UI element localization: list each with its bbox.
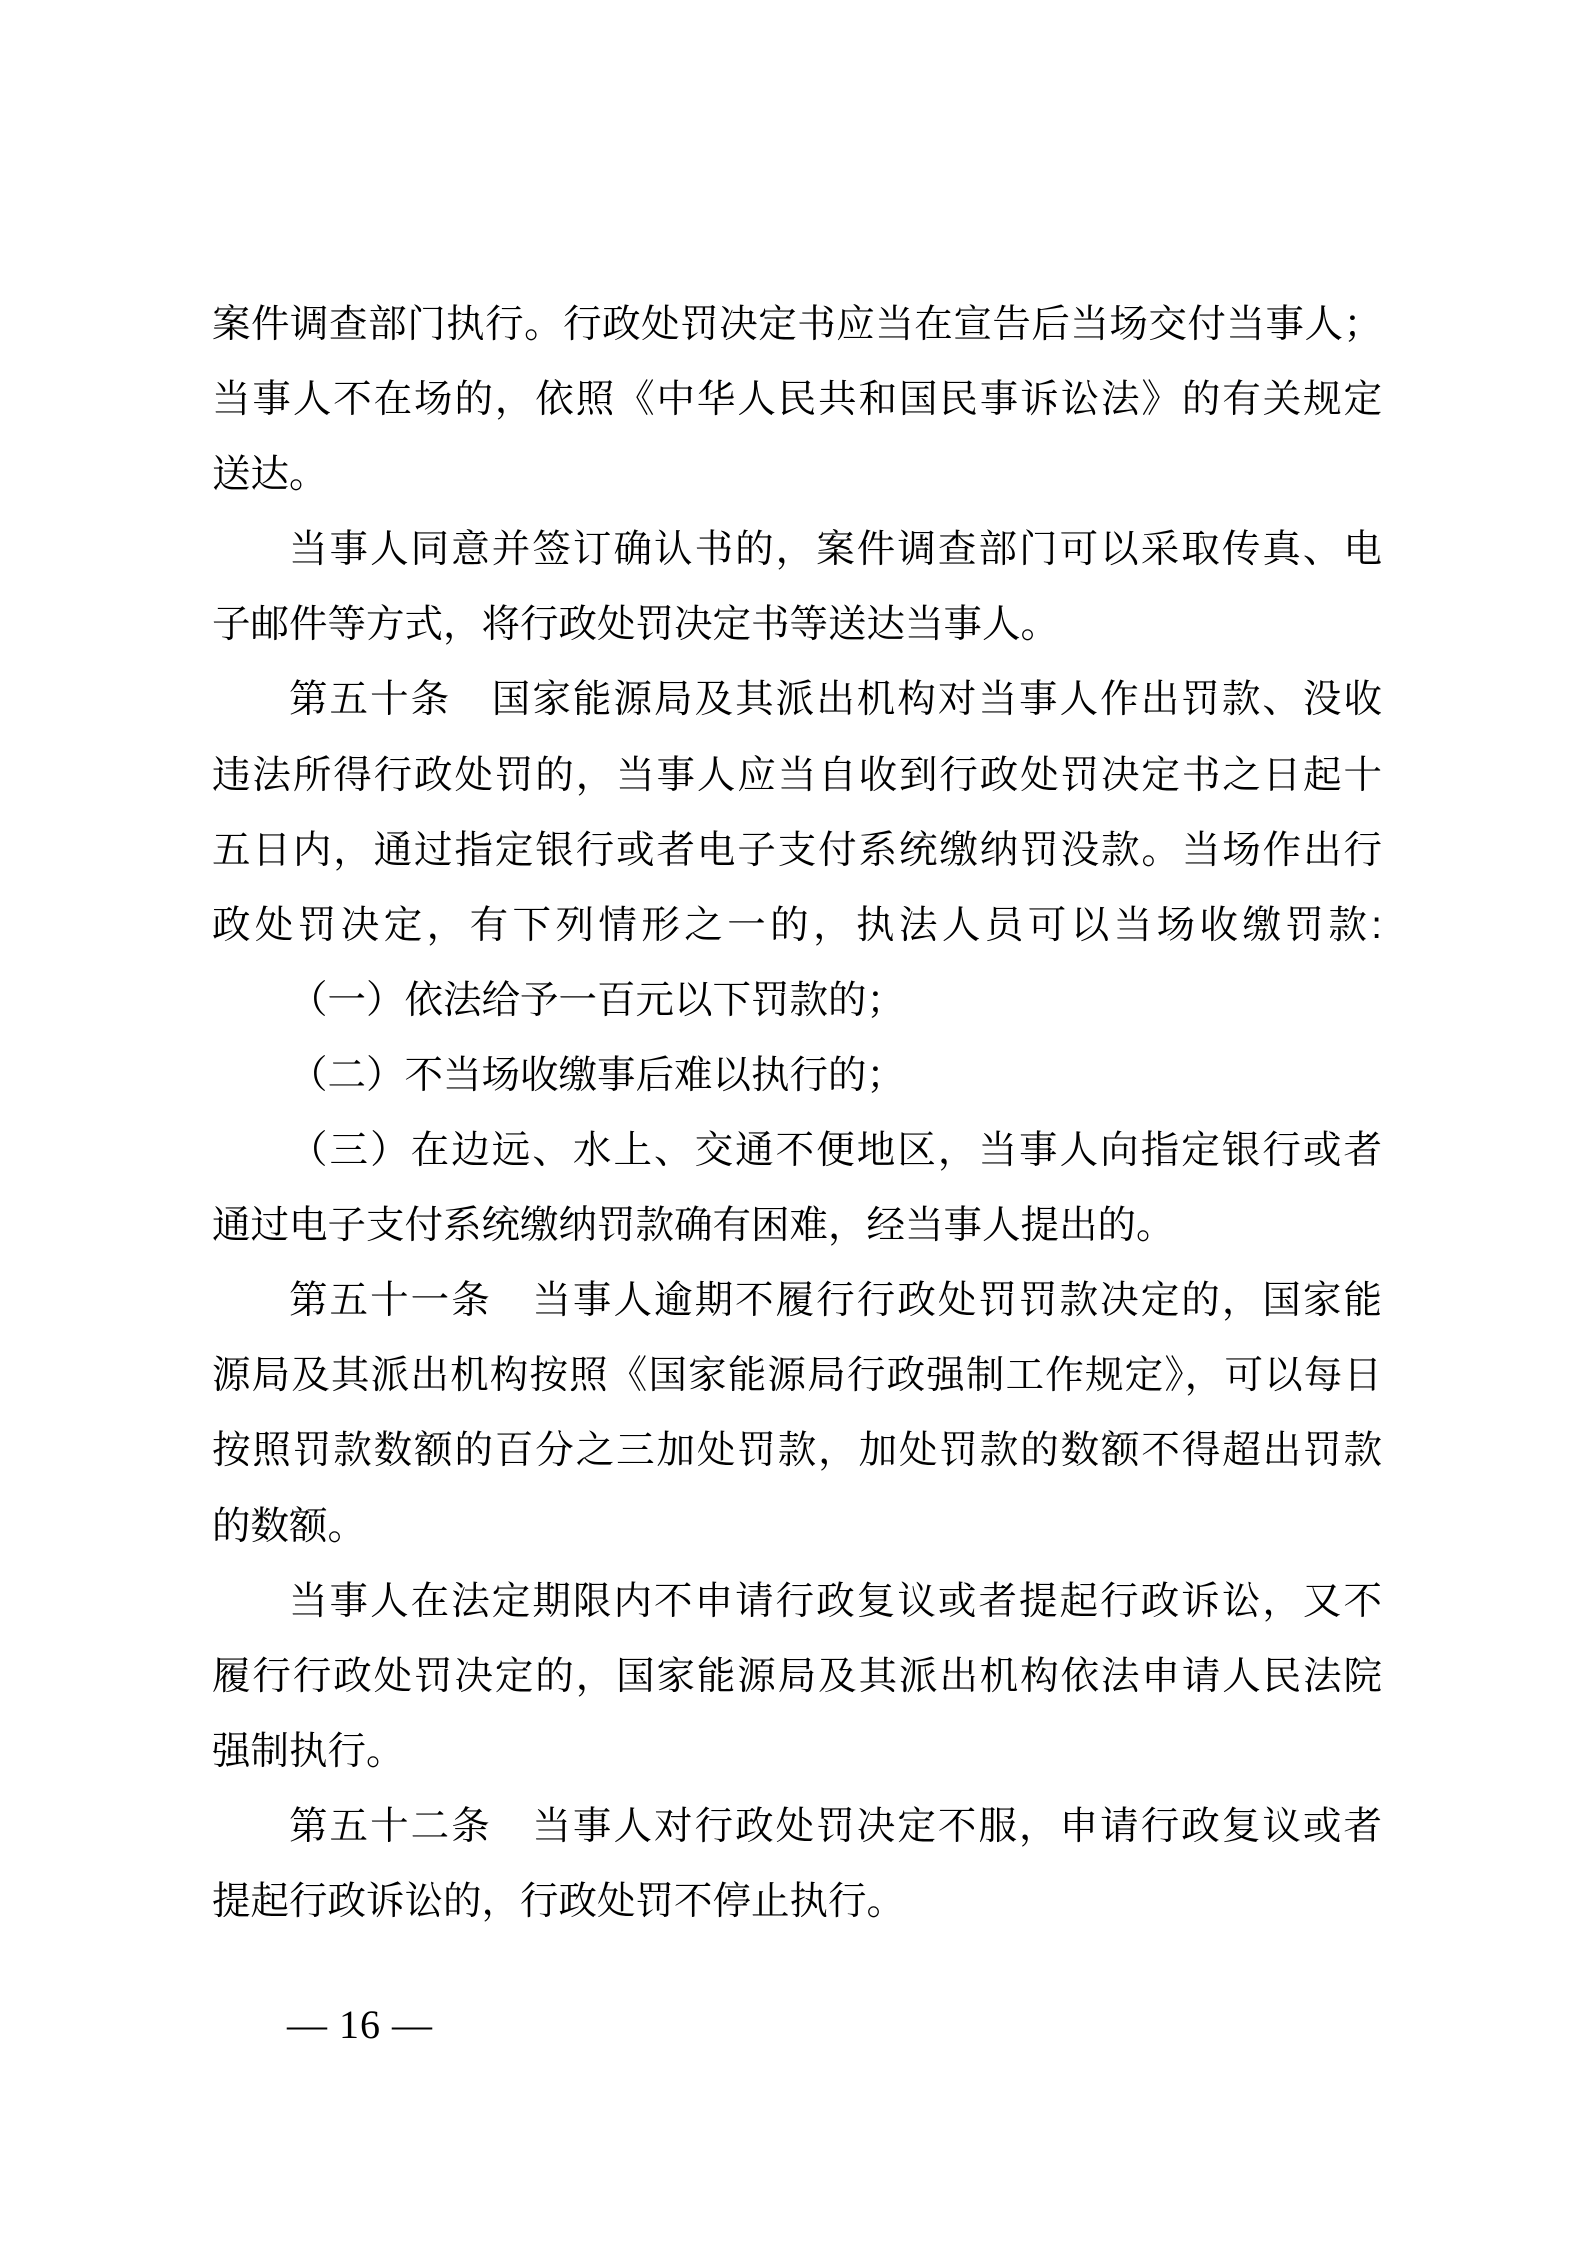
text-line: （二）不当场收缴事后难以执行的； <box>212 1038 1382 1113</box>
text-line: （一）依法给予一百元以下罚款的； <box>212 963 1382 1038</box>
document-page: 案件调查部门执行。行政处罚决定书应当在宣告后当场交付当事人； 当事人不在场的，依… <box>0 0 1587 2245</box>
page-number: — 16 — <box>287 2002 433 2048</box>
text-line: （三）在边远、水上、交通不便地区，当事人向指定银行或者 <box>212 1113 1382 1188</box>
text-line: 按照罚款数额的百分之三加处罚款，加处罚款的数额不得超出罚款 <box>212 1413 1382 1488</box>
text-line: 案件调查部门执行。行政处罚决定书应当在宣告后当场交付当事人； <box>212 287 1382 362</box>
text-line: 第五十二条 当事人对行政处罚决定不服，申请行政复议或者 <box>212 1789 1382 1864</box>
text-line: 第五十一条 当事人逾期不履行行政处罚罚款决定的，国家能 <box>212 1263 1382 1338</box>
text-line: 送达。 <box>212 437 1382 512</box>
text-line: 当事人不在场的，依照《中华人民共和国民事诉讼法》的有关规定 <box>212 362 1382 437</box>
text-line: 当事人在法定期限内不申请行政复议或者提起行政诉讼，又不 <box>212 1564 1382 1639</box>
text-line: 当事人同意并签订确认书的，案件调查部门可以采取传真、电 <box>212 512 1382 587</box>
text-line: 违法所得行政处罚的，当事人应当自收到行政处罚决定书之日起十 <box>212 738 1382 813</box>
text-line: 政处罚决定，有下列情形之一的，执法人员可以当场收缴罚款: <box>212 888 1382 963</box>
text-line: 五日内，通过指定银行或者电子支付系统缴纳罚没款。当场作出行 <box>212 813 1382 888</box>
text-line: 第五十条 国家能源局及其派出机构对当事人作出罚款、没收 <box>212 662 1382 737</box>
document-body: 案件调查部门执行。行政处罚决定书应当在宣告后当场交付当事人； 当事人不在场的，依… <box>212 287 1382 1939</box>
text-line: 子邮件等方式，将行政处罚决定书等送达当事人。 <box>212 587 1382 662</box>
text-line: 强制执行。 <box>212 1714 1382 1789</box>
text-line: 通过电子支付系统缴纳罚款确有困难，经当事人提出的。 <box>212 1188 1382 1263</box>
text-line: 履行行政处罚决定的，国家能源局及其派出机构依法申请人民法院 <box>212 1639 1382 1714</box>
text-line: 提起行政诉讼的，行政处罚不停止执行。 <box>212 1864 1382 1939</box>
text-line: 的数额。 <box>212 1489 1382 1564</box>
text-line: 源局及其派出机构按照《国家能源局行政强制工作规定》，可以每日 <box>212 1338 1382 1413</box>
